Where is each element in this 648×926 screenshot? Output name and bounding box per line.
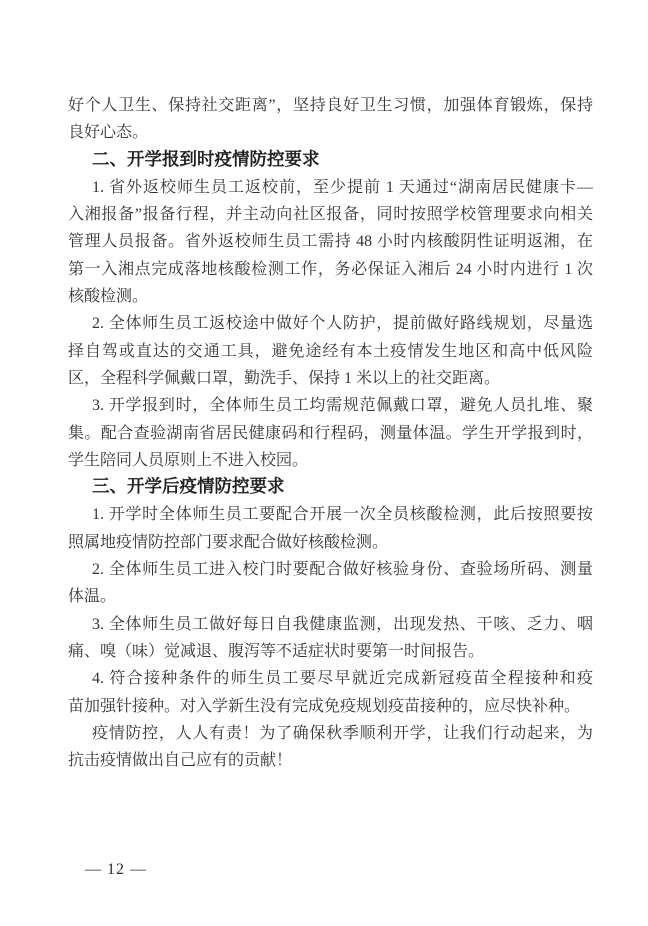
section-heading: 二、开学报到时疫情防控要求 <box>68 147 593 174</box>
text-line: 痛、嗅（味）觉减退、腹泻等不适症状时要第一时间报告。 <box>68 638 593 665</box>
paragraph: 好个人卫生、保持社交距离”，坚持良好卫生习惯，加强体育锻炼，保持良好心态。 <box>68 92 593 147</box>
text-line: 3. 开学报到时，全体师生员工均需规范佩戴口罩，避免人员扎堆、聚 <box>68 392 593 419</box>
paragraph: 疫情防控，人人有责！为了确保秋季顺利开学，让我们行动起来，为抗击疫情做出自己应有… <box>68 720 593 775</box>
text-line: 集。配合查验湖南省居民健康码和行程码，测量体温。学生开学报到时， <box>68 420 593 447</box>
page-number: — 12 — <box>85 860 147 880</box>
text-line: 良好心态。 <box>68 119 593 146</box>
text-line: 区，全程科学佩戴口罩，勤洗手、保持 1 米以上的社交距离。 <box>68 365 593 392</box>
text-line: 择自驾或直达的交通工具，避免途经有本土疫情发生地区和高中低风险 <box>68 338 593 365</box>
paragraph: 3. 全体师生员工做好每日自我健康监测，出现发热、干咳、乏力、咽痛、嗅（味）觉减… <box>68 611 593 666</box>
document-page: 好个人卫生、保持社交距离”，坚持良好卫生习惯，加强体育锻炼，保持良好心态。二、开… <box>0 0 648 926</box>
paragraph: 1. 省外返校师生员工返校前，至少提前 1 天通过“湖南居民健康卡—入湘报备”报… <box>68 174 593 310</box>
text-line: 抗击疫情做出自己应有的贡献！ <box>68 747 593 774</box>
text-line: 体温。 <box>68 583 593 610</box>
heading-line: 三、开学后疫情防控要求 <box>68 474 593 501</box>
paragraph: 4. 符合接种条件的师生员工要尽早就近完成新冠疫苗全程接种和疫苗加强针接种。对入… <box>68 665 593 720</box>
text-line: 2. 全体师生员工返校途中做好个人防护，提前做好路线规划，尽量选 <box>68 310 593 337</box>
text-line: 1. 开学时全体师生员工要配合开展一次全员核酸检测，此后按照要按 <box>68 501 593 528</box>
text-line: 学生陪同人员原则上不进入校园。 <box>68 447 593 474</box>
paragraph: 2. 全体师生员工返校途中做好个人防护，提前做好路线规划，尽量选择自驾或直达的交… <box>68 310 593 392</box>
text-line: 第一入湘点完成落地核酸检测工作，务必保证入湘后 24 小时内进行 1 次 <box>68 256 593 283</box>
text-line: 3. 全体师生员工做好每日自我健康监测，出现发热、干咳、乏力、咽 <box>68 611 593 638</box>
section-heading: 三、开学后疫情防控要求 <box>68 474 593 501</box>
text-line: 好个人卫生、保持社交距离”，坚持良好卫生习惯，加强体育锻炼，保持 <box>68 92 593 119</box>
text-line: 4. 符合接种条件的师生员工要尽早就近完成新冠疫苗全程接种和疫 <box>68 665 593 692</box>
text-line: 入湘报备”报备行程，并主动向社区报备，同时按照学校管理要求向相关 <box>68 201 593 228</box>
paragraph: 1. 开学时全体师生员工要配合开展一次全员核酸检测，此后按照要按照属地疫情防控部… <box>68 501 593 556</box>
paragraph: 2. 全体师生员工进入校门时要配合做好核验身份、查验场所码、测量体温。 <box>68 556 593 611</box>
document-body: 好个人卫生、保持社交距离”，坚持良好卫生习惯，加强体育锻炼，保持良好心态。二、开… <box>68 92 593 774</box>
text-line: 疫情防控，人人有责！为了确保秋季顺利开学，让我们行动起来，为 <box>68 720 593 747</box>
paragraph: 3. 开学报到时，全体师生员工均需规范佩戴口罩，避免人员扎堆、聚集。配合查验湖南… <box>68 392 593 474</box>
text-line: 苗加强针接种。对入学新生没有完成免疫规划疫苗接种的，应尽快补种。 <box>68 693 593 720</box>
heading-line: 二、开学报到时疫情防控要求 <box>68 147 593 174</box>
text-line: 核酸检测。 <box>68 283 593 310</box>
text-line: 2. 全体师生员工进入校门时要配合做好核验身份、查验场所码、测量 <box>68 556 593 583</box>
text-line: 管理人员报备。省外返校师生员工需持 48 小时内核酸阴性证明返湘，在 <box>68 228 593 255</box>
text-line: 照属地疫情防控部门要求配合做好核酸检测。 <box>68 529 593 556</box>
text-line: 1. 省外返校师生员工返校前，至少提前 1 天通过“湖南居民健康卡— <box>68 174 593 201</box>
